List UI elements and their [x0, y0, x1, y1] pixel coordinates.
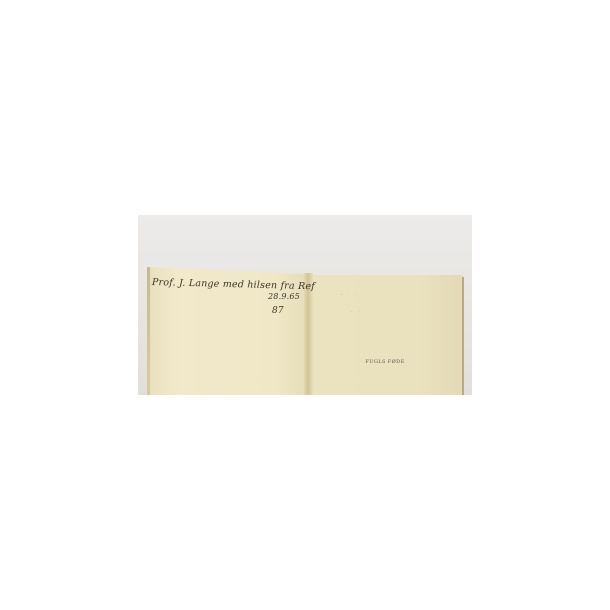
inscription-number: 87	[272, 306, 284, 316]
book-title: FUGLS FØDE	[360, 359, 410, 365]
pencil-mark-2: · ·	[351, 309, 362, 315]
right-page	[313, 275, 464, 395]
book-photo: Prof. J. Lange med hilsen fra Ref 28.9.6…	[138, 215, 472, 395]
inscription-date: 28.9.65	[268, 292, 300, 301]
pencil-mark-1: - · ·	[341, 292, 359, 298]
